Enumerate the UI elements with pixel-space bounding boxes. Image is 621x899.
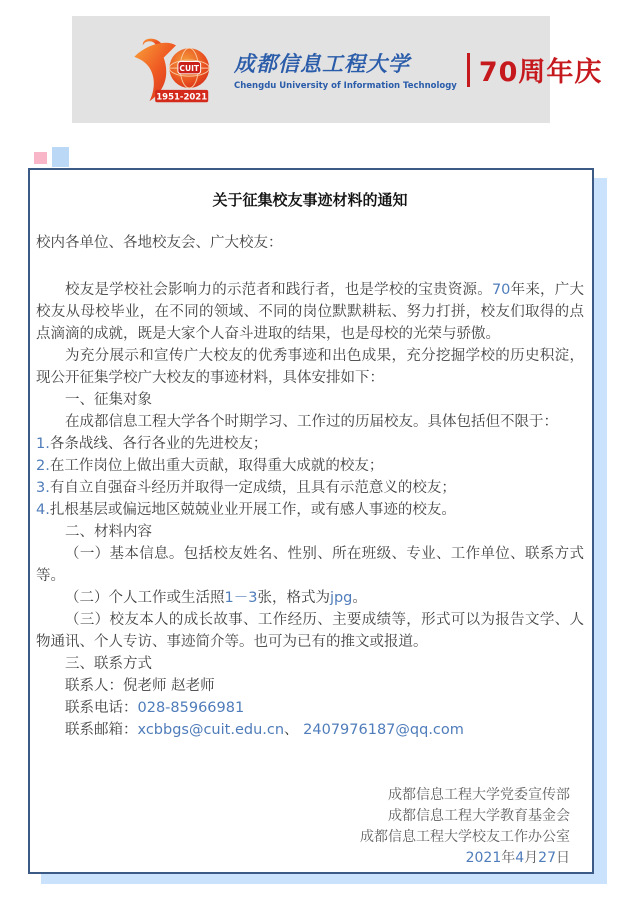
notice-title: 关于征集校友事迹材料的通知: [36, 190, 584, 210]
date-year: 2021: [466, 850, 502, 866]
photo-count-range: 1－3: [225, 590, 258, 606]
list-item-3: 3.有自立自强奋斗经历并取得一定成绩，且具有示范意义的校友；: [36, 477, 584, 499]
email-link-qq[interactable]: 2407976187@qq.com: [303, 722, 464, 738]
list-item-4-number: 4.: [36, 502, 50, 518]
date-day: 27: [538, 850, 556, 866]
university-name-en: Chengdu University of Information Techno…: [234, 81, 457, 91]
signature-line-2: 成都信息工程大学教育基金会: [36, 806, 570, 827]
date-year-unit: 年: [501, 850, 515, 866]
list-item-1-number: 1.: [36, 436, 50, 452]
contact-phone-label: 联系电话：: [65, 700, 138, 716]
signature-line-1: 成都信息工程大学党委宣传部: [36, 785, 570, 806]
paragraph-intro-text-1: 校友是学校社会影响力的示范者和践行者，也是学校的宝贵资源。: [65, 282, 492, 298]
contact-person-line: 联系人：倪老师 赵老师: [36, 675, 584, 697]
contact-person-value: 倪老师 赵老师: [123, 678, 215, 694]
email-link-cuit[interactable]: xcbbgs@cuit.edu.cn: [138, 722, 285, 738]
date-month: 4: [515, 850, 524, 866]
paragraph-intro: 校友是学校社会影响力的示范者和践行者，也是学校的宝贵资源。70年来，广大校友从母…: [36, 279, 584, 345]
date-month-unit: 月: [524, 850, 538, 866]
section1-heading: 一、征集对象: [36, 389, 584, 411]
page: CUIT 1951-2021 成都信息工程大学 Chengdu Universi…: [0, 0, 621, 899]
contact-phone-line: 联系电话：028-85966981: [36, 697, 584, 719]
university-name-zh: 成都信息工程大学: [234, 48, 457, 78]
photo-format: jpg: [330, 590, 352, 606]
decor-square-blue: [52, 147, 69, 167]
contact-phone-number: 028-85966981: [138, 700, 245, 716]
list-item-2-text: 在工作岗位上做出重大贡献，取得重大成就的校友；: [50, 458, 384, 474]
signature-block: 成都信息工程大学党委宣传部 成都信息工程大学教育基金会 成都信息工程大学校友工作…: [36, 785, 584, 869]
list-item-4-text: 扎根基层或偏远地区兢兢业业开展工作，或有感人事迹的校友。: [50, 502, 456, 518]
greeting-line: 校内各单位、各地校友会、广大校友：: [36, 232, 584, 254]
paragraph-purpose: 为充分展示和宣传广大校友的优秀事迹和出色成果，充分挖掘学校的历史积淀，现公开征集…: [36, 345, 584, 389]
material-item-2-text-2: 张，格式为: [257, 590, 330, 606]
list-item-1-text: 各条战线、各行各业的先进校友；: [50, 436, 268, 452]
list-item-1: 1.各条战线、各行各业的先进校友；: [36, 433, 584, 455]
logo-years-label: 1951-2021: [156, 92, 207, 102]
notice-box: 关于征集校友事迹材料的通知 校内各单位、各地校友会、广大校友： 校友是学校社会影…: [28, 168, 594, 874]
anniversary-label: 70周年庆: [479, 50, 603, 89]
contact-person-label: 联系人：: [65, 678, 123, 694]
logo-cuit-label: CUIT: [179, 63, 200, 72]
email-separator: 、: [284, 722, 303, 738]
contact-email-line: 联系邮箱：xcbbgs@cuit.edu.cn、 2407976187@qq.c…: [36, 719, 584, 741]
decor-square-pink: [34, 152, 47, 164]
list-item-4: 4.扎根基层或偏远地区兢兢业业开展工作，或有感人事迹的校友。: [36, 499, 584, 521]
signature-line-3: 成都信息工程大学校友工作办公室: [36, 827, 570, 848]
material-item-2: （二）个人工作或生活照1－3张，格式为jpg。: [36, 587, 584, 609]
anniversary-banner: CUIT 1951-2021 成都信息工程大学 Chengdu Universi…: [72, 16, 550, 123]
contact-email-label: 联系邮箱：: [65, 722, 138, 738]
section1-intro: 在成都信息工程大学各个时期学习、工作过的历届校友。具体包括但不限于：: [36, 411, 584, 433]
list-item-2: 2.在工作岗位上做出重大贡献，取得重大成就的校友；: [36, 455, 584, 477]
list-item-2-number: 2.: [36, 458, 50, 474]
section2-heading: 二、材料内容: [36, 521, 584, 543]
signature-date: 2021年4月27日: [36, 848, 570, 869]
university-name-block: 成都信息工程大学 Chengdu University of Informati…: [234, 48, 457, 91]
section3-heading: 三、联系方式: [36, 653, 584, 675]
material-item-2-text-3: 。: [352, 590, 367, 606]
cuit-70th-anniversary-logo-icon: CUIT 1951-2021: [130, 34, 222, 106]
material-item-3: （三）校友本人的成长故事、工作经历、主要成绩等，形式可以为报告文学、人物通讯、个…: [36, 609, 584, 653]
list-item-3-text: 有自立自强奋斗经历并取得一定成绩，且具有示范意义的校友；: [50, 480, 456, 496]
banner-divider-bar: [467, 53, 470, 87]
date-day-unit: 日: [556, 850, 570, 866]
material-item-1: （一）基本信息。包括校友姓名、性别、所在班级、专业、工作单位、联系方式等。: [36, 543, 584, 587]
material-item-2-text-1: （二）个人工作或生活照: [65, 590, 225, 606]
list-item-3-number: 3.: [36, 480, 50, 496]
years-number: 70: [492, 282, 510, 298]
